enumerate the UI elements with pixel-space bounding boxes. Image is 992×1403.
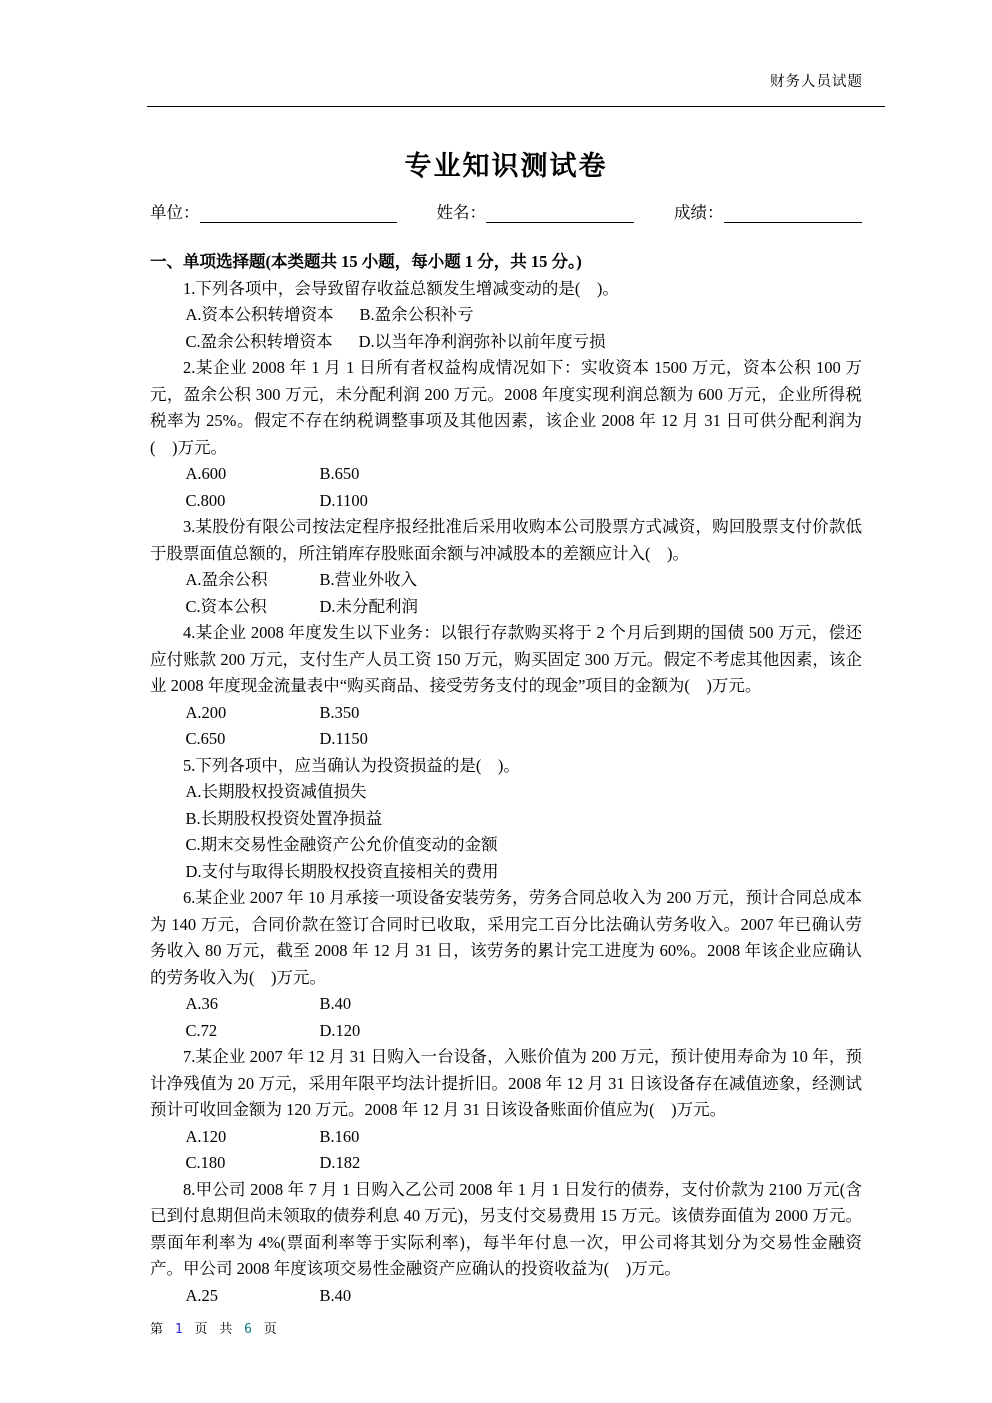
option-b: B.650 (319, 461, 427, 488)
score-blank-line (724, 202, 862, 223)
score-label: 成绩： (674, 199, 724, 223)
option-row: A.资本公积转增资本B.盈余公积补亏 (150, 302, 862, 329)
page-title: 专业知识测试卷 (150, 136, 862, 197)
option-row: A.长期股权投资减值损失 (150, 779, 862, 806)
option-c: C.800 (185, 488, 293, 515)
unit-label: 单位： (150, 199, 200, 223)
document-header: 财务人员试题 (150, 70, 863, 91)
question-3: 3.某股份有限公司按法定程序报经批准后采用收购本公司股票方式减资，购回股票支付价… (150, 514, 862, 620)
question-stem: 4.某企业 2008 年度发生以下业务：以银行存款购买将于 2 个月后到期的国债… (150, 620, 862, 700)
option-d: D.以当年净利润弥补以前年度亏损 (359, 329, 606, 356)
option-d: D.1100 (319, 488, 427, 515)
option-row: C.期末交易性金融资产公允价值变动的金额 (150, 832, 862, 859)
option-d: D.120 (319, 1018, 427, 1045)
option-b: B.营业外收入 (319, 567, 427, 594)
option-row: C.72D.120 (150, 1018, 862, 1045)
question-stem: 7.某企业 2007 年 12 月 31 日购入一台设备，入账价值为 200 万… (150, 1044, 862, 1124)
option-a: A.36 (185, 991, 293, 1018)
name-label: 姓名： (437, 199, 487, 223)
option-a: A.长期股权投资减值损失 (185, 779, 366, 806)
question-8: 8.甲公司 2008 年 7 月 1 日购入乙公司 2008 年 1 月 1 日… (150, 1177, 862, 1310)
question-6: 6.某企业 2007 年 10 月承接一项设备安装劳务，劳务合同总收入为 200… (150, 885, 862, 1044)
option-c: C.72 (185, 1018, 293, 1045)
option-d: D.1150 (319, 726, 427, 753)
exam-document-page: 财务人员试题 专业知识测试卷 单位： 姓名： 成绩： 一、单项选择题(本类题共 … (0, 0, 992, 1403)
option-row: A.36B.40 (150, 991, 862, 1018)
question-stem: 6.某企业 2007 年 10 月承接一项设备安装劳务，劳务合同总收入为 200… (150, 885, 862, 991)
option-b: B.长期股权投资处置净损益 (185, 806, 382, 833)
footer-prefix: 第 (150, 1322, 175, 1337)
name-blank-line (486, 202, 634, 223)
current-page-number: 1 (175, 1322, 185, 1337)
option-c: C.180 (185, 1150, 293, 1177)
option-row: A.200B.350 (150, 700, 862, 727)
question-stem: 2.某企业 2008 年 1 月 1 日所有者权益构成情况如下：实收资本 150… (150, 355, 862, 461)
option-a: A.600 (185, 461, 293, 488)
option-row: C.650D.1150 (150, 726, 862, 753)
question-2: 2.某企业 2008 年 1 月 1 日所有者权益构成情况如下：实收资本 150… (150, 355, 862, 514)
document-body: 专业知识测试卷 单位： 姓名： 成绩： 一、单项选择题(本类题共 15 小题，每… (150, 136, 862, 1309)
option-a: A.盈余公积 (185, 567, 293, 594)
question-7: 7.某企业 2007 年 12 月 31 日购入一台设备，入账价值为 200 万… (150, 1044, 862, 1177)
option-a: A.200 (185, 700, 293, 727)
option-row: B.长期股权投资处置净损益 (150, 806, 862, 833)
option-row: A.盈余公积B.营业外收入 (150, 567, 862, 594)
option-row: D.支付与取得长期股权投资直接相关的费用 (150, 859, 862, 886)
footer-suffix: 页 (254, 1322, 279, 1337)
question-stem: 1.下列各项中，会导致留存收益总额发生增减变动的是( )。 (150, 276, 862, 303)
option-row: C.资本公积D.未分配利润 (150, 594, 862, 621)
option-c: C.盈余公积转增资本 (185, 329, 332, 356)
option-row: C.800D.1100 (150, 488, 862, 515)
question-stem: 3.某股份有限公司按法定程序报经批准后采用收购本公司股票方式减资，购回股票支付价… (150, 514, 862, 567)
option-c: C.期末交易性金融资产公允价值变动的金额 (185, 832, 497, 859)
option-row: C.盈余公积转增资本D.以当年净利润弥补以前年度亏损 (150, 329, 862, 356)
option-b: B.160 (319, 1124, 427, 1151)
option-d: D.182 (319, 1150, 427, 1177)
question-5: 5.下列各项中，应当确认为投资损益的是( )。 A.长期股权投资减值损失 B.长… (150, 753, 862, 886)
header-divider (147, 106, 885, 107)
total-page-count: 6 (244, 1322, 254, 1337)
option-b: B.盈余公积补亏 (360, 302, 474, 329)
question-4: 4.某企业 2008 年度发生以下业务：以银行存款购买将于 2 个月后到期的国债… (150, 620, 862, 753)
option-c: C.资本公积 (185, 594, 293, 621)
option-b: B.40 (319, 1283, 427, 1310)
option-row: A.25B.40 (150, 1283, 862, 1310)
option-c: C.650 (185, 726, 293, 753)
option-a: A.25 (185, 1283, 293, 1310)
footer-middle: 页 共 (185, 1322, 244, 1337)
info-fields-row: 单位： 姓名： 成绩： (150, 199, 862, 223)
option-d: D.未分配利润 (319, 594, 427, 621)
header-label: 财务人员试题 (770, 74, 863, 90)
option-row: C.180D.182 (150, 1150, 862, 1177)
option-d: D.支付与取得长期股权投资直接相关的费用 (185, 859, 498, 886)
option-row: A.120B.160 (150, 1124, 862, 1151)
unit-blank-line (200, 202, 397, 223)
question-stem: 8.甲公司 2008 年 7 月 1 日购入乙公司 2008 年 1 月 1 日… (150, 1177, 862, 1283)
section-heading: 一、单项选择题(本类题共 15 小题，每小题 1 分，共 15 分。) (150, 249, 862, 276)
question-1: 1.下列各项中，会导致留存收益总额发生增减变动的是( )。 A.资本公积转增资本… (150, 276, 862, 356)
option-a: A.120 (185, 1124, 293, 1151)
option-a: A.资本公积转增资本 (185, 302, 333, 329)
page-footer: 第 1 页 共 6 页 (150, 1318, 279, 1337)
option-row: A.600B.650 (150, 461, 862, 488)
question-stem: 5.下列各项中，应当确认为投资损益的是( )。 (150, 753, 862, 780)
option-b: B.350 (319, 700, 427, 727)
option-b: B.40 (319, 991, 427, 1018)
